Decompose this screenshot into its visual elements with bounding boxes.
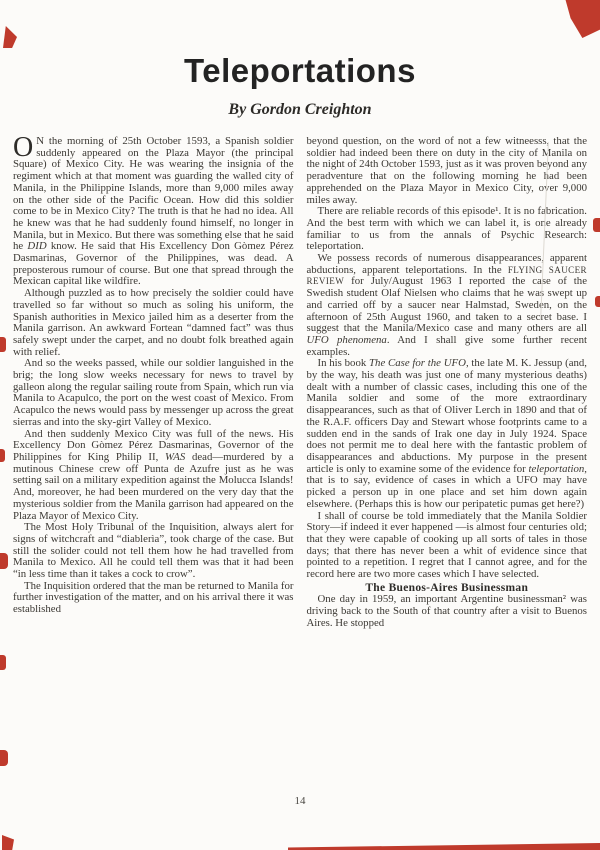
paragraph: The Inquisition ordered that the man be … <box>13 581 294 616</box>
scan-artifact <box>593 218 600 232</box>
paragraph: In his book The Case for the UFO, the la… <box>307 358 588 510</box>
paragraph: One day in 1959, an important Argentine … <box>307 594 588 629</box>
paragraph: Although puzzled as to how precisely the… <box>13 288 294 358</box>
byline: By Gordon Creighton <box>0 101 600 119</box>
scan-artifact <box>0 553 8 569</box>
page-number: 14 <box>0 795 600 807</box>
paragraph: The Most Holy Tribunal of the Inquisitio… <box>13 522 294 581</box>
paragraph: I shall of course be told immediately th… <box>307 511 588 581</box>
scan-artifact <box>0 449 5 462</box>
scan-artifact <box>2 835 14 850</box>
scan-artifact <box>595 296 600 307</box>
scan-artifact <box>0 750 8 766</box>
paragraph: ON the morning of 25th October 1593, a S… <box>13 136 294 288</box>
scan-artifact <box>288 843 600 850</box>
article-body: ON the morning of 25th October 1593, a S… <box>0 119 600 629</box>
page-title: Teleportations <box>0 0 600 90</box>
scan-artifact <box>0 337 6 352</box>
left-column: ON the morning of 25th October 1593, a S… <box>13 136 294 629</box>
magazine-page: Teleportations By Gordon Creighton ON th… <box>0 0 600 850</box>
scan-artifact <box>0 655 6 670</box>
paragraph: And then suddenly Mexico City was full o… <box>13 429 294 523</box>
paragraph: We possess records of numerous disappear… <box>307 253 588 358</box>
paragraph: And so the weeks passed, while our soldi… <box>13 358 294 428</box>
